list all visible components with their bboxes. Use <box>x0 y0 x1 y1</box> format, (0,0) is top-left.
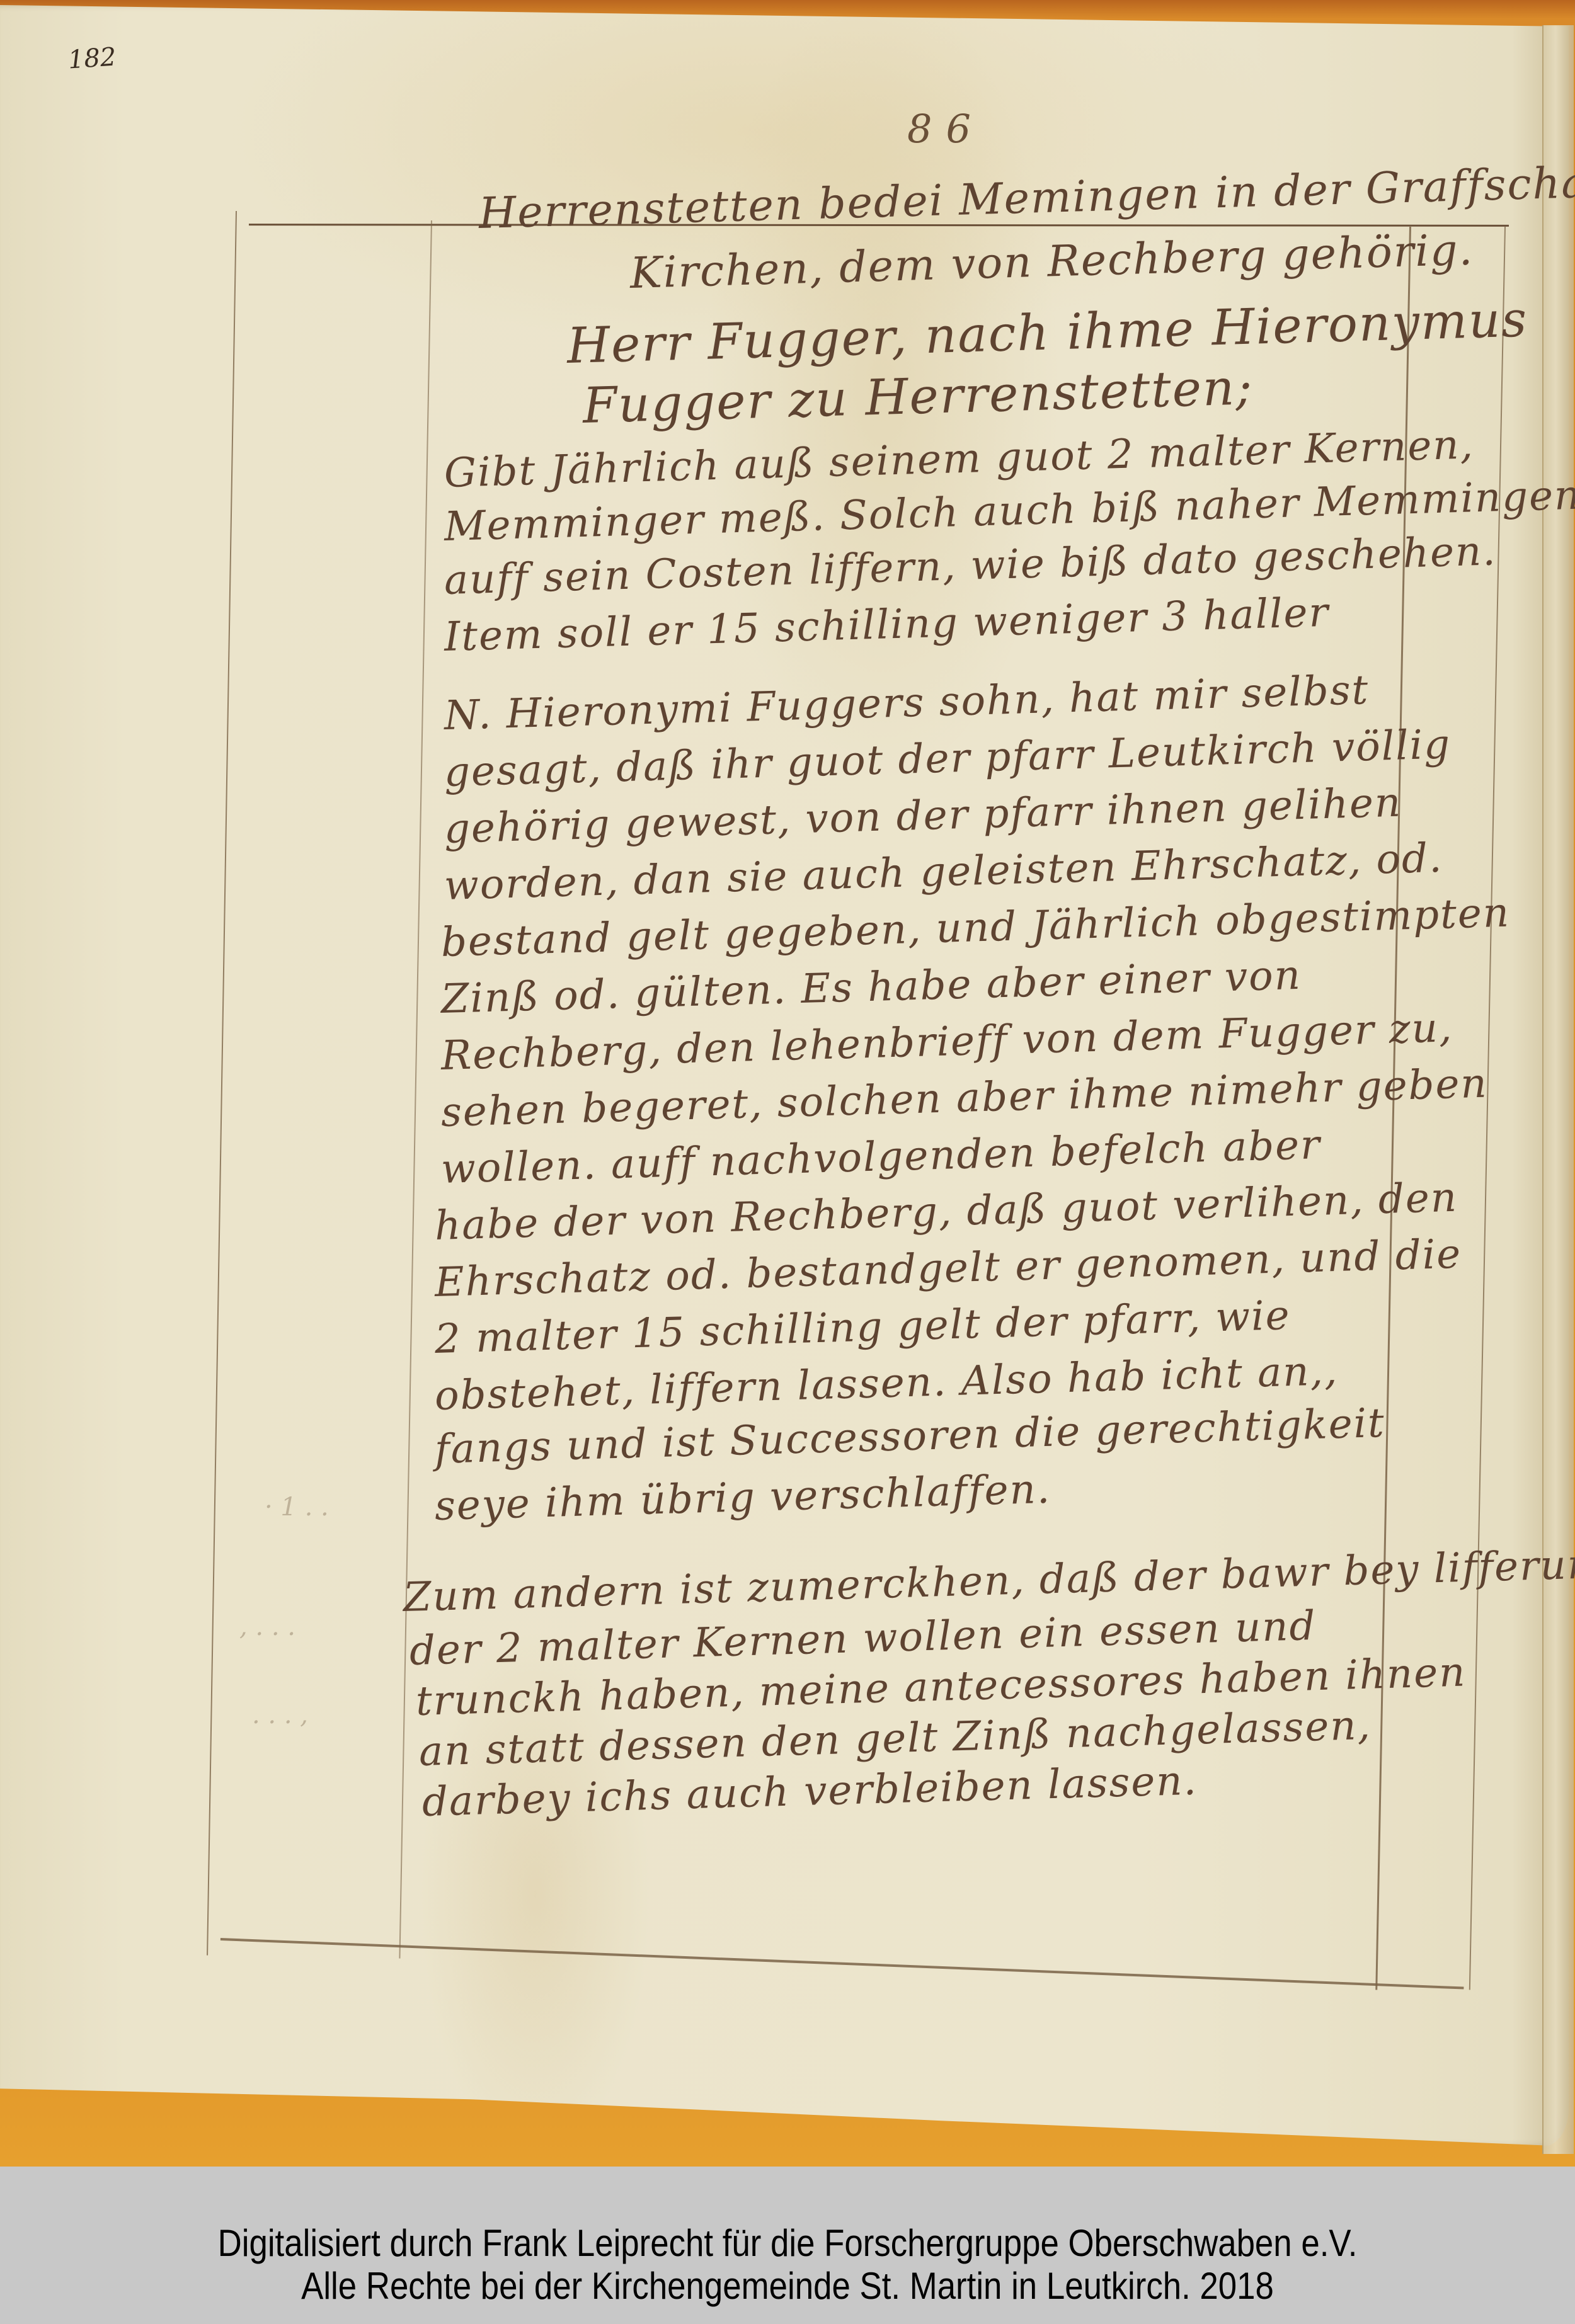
book-page-edge <box>1542 25 1574 2154</box>
margin-bleedthrough: · 1 . . <box>265 1493 329 1522</box>
folio-number: 182 <box>67 42 117 74</box>
copyright-caption: Digitalisiert durch Frank Leiprecht für … <box>0 2167 1575 2324</box>
caption-rights-notice: Alle Rechte bei der Kirchengemeinde St. … <box>94 2267 1480 2305</box>
margin-bleedthrough: . . . , <box>252 1700 308 1729</box>
margin-bleedthrough: , . . . <box>239 1612 295 1641</box>
page-number: 86 <box>907 106 985 152</box>
caption-digitized-by: Digitalisiert durch Frank Leiprecht für … <box>94 2224 1480 2262</box>
